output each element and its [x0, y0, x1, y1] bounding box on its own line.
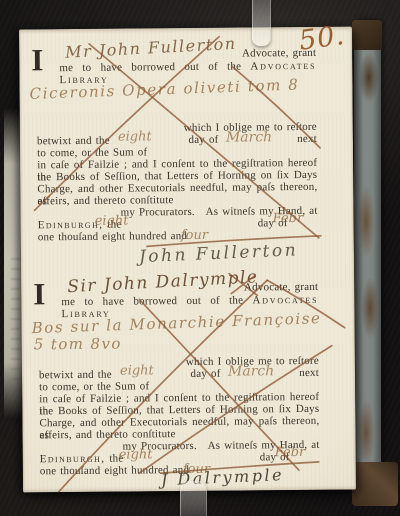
cradle-strap-top	[252, 0, 271, 46]
borrow-entry-fullerton: I Advocate, grant me to have borrowed ou…	[19, 39, 354, 272]
cradle-strap-bottom	[180, 481, 207, 516]
handwritten-signed-day: eight	[119, 447, 153, 462]
photograph-of-register-page: 50. I Advocate, grant me to have borrowe…	[0, 0, 400, 516]
handwritten-return-day: eight	[120, 363, 154, 378]
borrow-entry-dalrymple: I Advocate, grant me to have borrowed ou…	[21, 273, 356, 491]
handwritten-return-month: March	[226, 129, 272, 145]
handwritten-year-word: four	[181, 228, 208, 243]
cover-corner-bottom	[352, 462, 398, 506]
signature: John Fullerton	[139, 240, 299, 267]
bleed-through-text	[11, 258, 20, 408]
handwritten-signed-month: Febr	[273, 211, 304, 226]
handwritten-return-month: March	[228, 363, 274, 379]
register-page: 50. I Advocate, grant me to have borrowe…	[19, 27, 356, 493]
book-cover-fore-edge	[354, 20, 381, 500]
cover-corner-top	[352, 20, 382, 50]
handwritten-book-volumes: 5 tom 8vo	[34, 335, 122, 354]
handwritten-signed-day: eight	[95, 214, 129, 229]
signature: J Dalrymple	[161, 465, 285, 489]
handwritten-return-day: eight	[118, 129, 152, 144]
handwritten-signed-month: Febr	[275, 445, 306, 460]
